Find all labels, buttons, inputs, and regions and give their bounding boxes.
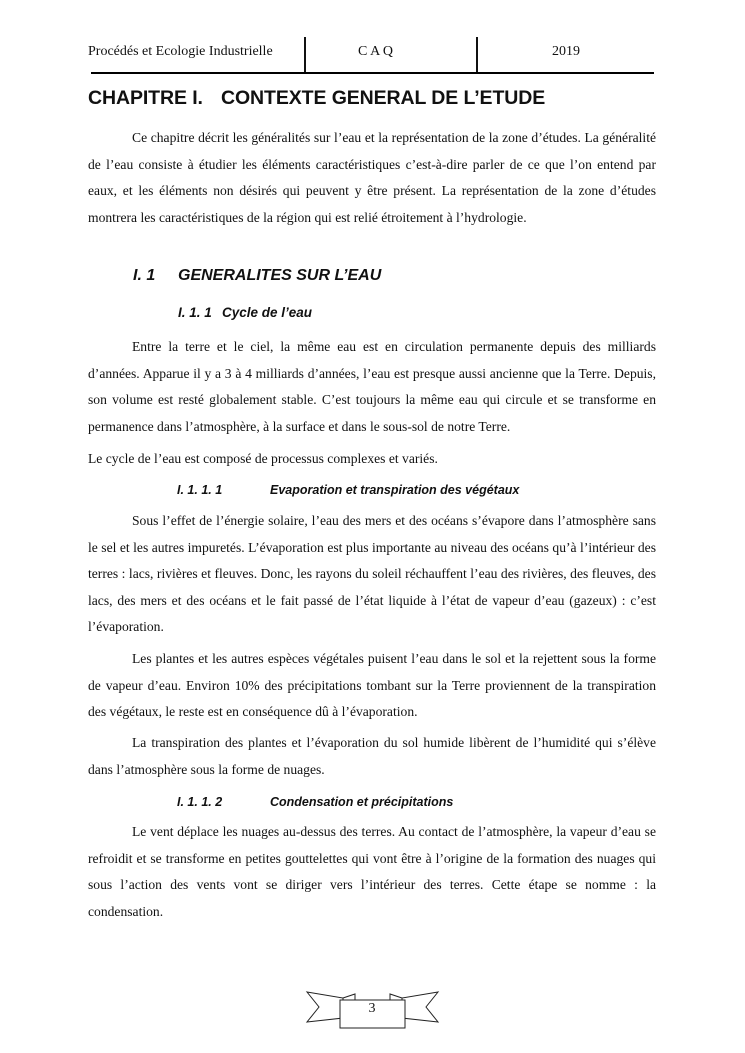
header-divider bbox=[304, 37, 306, 73]
section-title: GENERALITES SUR L’EAU bbox=[178, 267, 381, 284]
subsubsection-number: I. 1. 1. 1 bbox=[177, 483, 270, 497]
subsubsection-heading: I. 1. 1. 1Evaporation et transpiration d… bbox=[177, 483, 519, 497]
chapter-heading-text: CONTEXTE GENERAL DE L’ETUDE bbox=[221, 87, 545, 109]
document-page: Procédés et Ecologie Industrielle C A Q … bbox=[0, 0, 745, 1053]
body-paragraph: Le vent déplace les nuages au-dessus des… bbox=[88, 819, 656, 925]
header-rule bbox=[91, 72, 654, 74]
subsubsection-heading: I. 1. 1. 2Condensation et précipitations bbox=[177, 795, 453, 809]
header-course-title: Procédés et Ecologie Industrielle bbox=[88, 44, 273, 60]
header-center-label: C A Q bbox=[358, 44, 393, 60]
subsubsection-number: I. 1. 1. 2 bbox=[177, 795, 270, 809]
intro-paragraph: Ce chapitre décrit les généralités sur l… bbox=[88, 125, 656, 231]
subsubsection-title: Condensation et précipitations bbox=[270, 795, 453, 809]
subsection-number: I. 1. 1 bbox=[178, 305, 222, 320]
body-paragraph: Sous l’effet de l’énergie solaire, l’eau… bbox=[88, 508, 656, 641]
body-paragraph: La transpiration des plantes et l’évapor… bbox=[88, 730, 656, 783]
header-divider bbox=[476, 37, 478, 73]
subsection-title: Cycle de l’eau bbox=[222, 305, 312, 320]
body-paragraph: Entre la terre et le ciel, la même eau e… bbox=[88, 334, 656, 440]
section-heading: I. 1GENERALITES SUR L’EAU bbox=[133, 267, 381, 285]
chapter-number: CHAPITRE I. bbox=[88, 87, 221, 110]
subsubsection-title: Evaporation et transpiration des végétau… bbox=[270, 483, 519, 497]
chapter-title: CHAPITRE I.CONTEXTE GENERAL DE L’ETUDE bbox=[88, 87, 545, 110]
page-number: 3 bbox=[340, 1001, 404, 1017]
body-paragraph: Le cycle de l’eau est composé de process… bbox=[88, 446, 656, 473]
section-number: I. 1 bbox=[133, 267, 178, 285]
header-year: 2019 bbox=[552, 44, 580, 60]
body-paragraph: Les plantes et les autres espèces végéta… bbox=[88, 646, 656, 726]
subsection-heading: I. 1. 1Cycle de l’eau bbox=[178, 305, 312, 320]
